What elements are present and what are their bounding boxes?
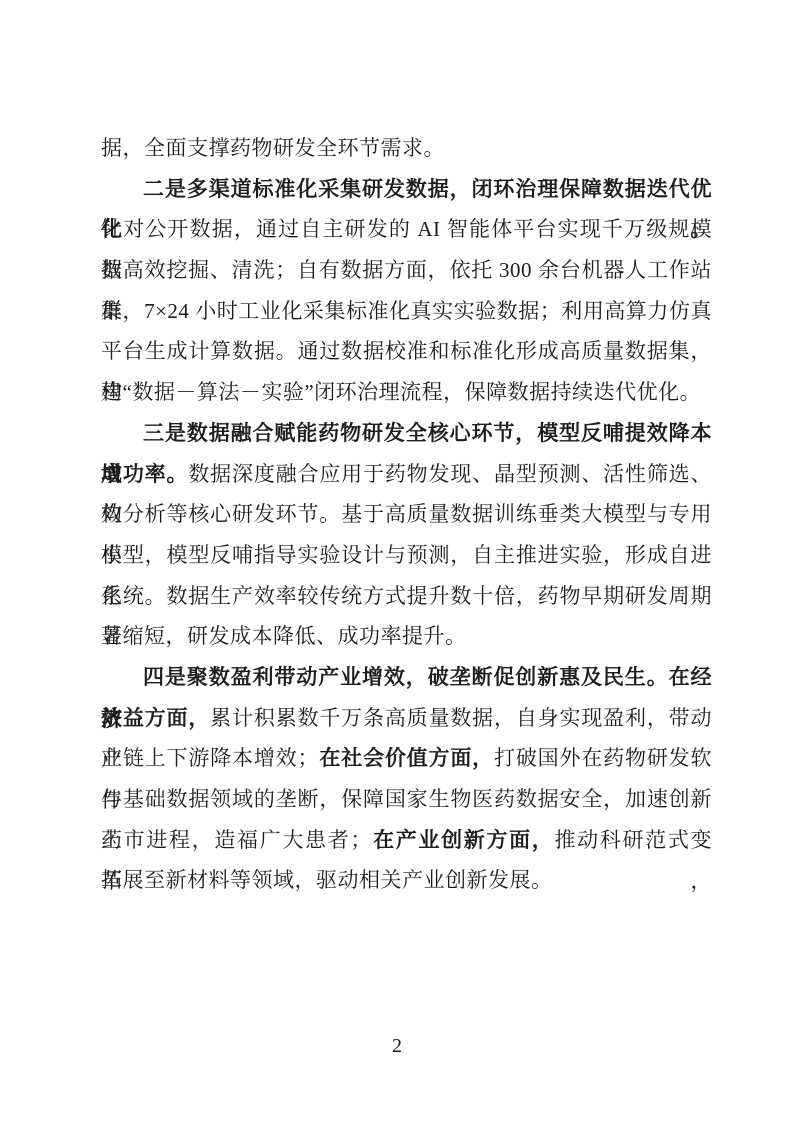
text-line: 二是多渠道标准化采集研发数据，闭环治理保障数据迭代优化。: [101, 169, 712, 210]
text-line: 针对公开数据，通过自主研发的 AI 智能体平台实现千万级规模数: [101, 209, 712, 250]
text-line: 建“数据－算法－实验”闭环治理流程，保障数据持续迭代优化。: [101, 372, 712, 413]
text-line: 据高效挖掘、清洗；自有数据方面，依托 300 余台机器人工作站集: [101, 250, 712, 291]
text-line: 群，7×24 小时工业化采集标准化真实实验数据；利用高算力仿真: [101, 291, 712, 332]
body-text: 群，7×24 小时工业化采集标准化真实实验数据；利用高算力仿真: [101, 299, 712, 323]
text-line: 上市进程，造福广大患者；在产业创新方面，推动科研范式变革，: [101, 820, 712, 861]
text-line: 模型，模型反哺指导实验设计与预测，自主推进实验，形成自进化: [101, 535, 712, 576]
text-line: 系统。数据生产效率较传统方式提升数十倍，药物早期研发周期显: [101, 576, 712, 617]
body-text: 据，全面支撑药物研发全环节需求。: [101, 136, 445, 160]
text-line: 业链上下游降本增效；在社会价值方面，打破国外在药物研发软件: [101, 738, 712, 779]
text-line: 平台生成计算数据。通过数据校准和标准化形成高质量数据集，构: [101, 331, 712, 372]
bold-hei-text: 效益方面，: [101, 707, 210, 730]
bold-hei-text: 在产业创新方面，: [372, 829, 555, 852]
text-line: 效分析等核心研发环节。基于高质量数据训练垂类大模型与专用小: [101, 494, 712, 535]
text-line: 效益方面，累计积累数千万条高质量数据，自身实现盈利，带动产: [101, 698, 712, 739]
text-line: 三是数据融合赋能药物研发全核心环节，模型反哺提效降本增: [101, 413, 712, 454]
body-text: 著缩短，研发成本降低、成功率提升。: [101, 624, 467, 648]
document-page: 据，全面支撑药物研发全环节需求。二是多渠道标准化采集研发数据，闭环治理保障数据迭…: [0, 0, 794, 1123]
body-text: 业链上下游降本增效；: [101, 746, 319, 770]
body-text: 建“数据－算法－实验”闭环治理流程，保障数据持续迭代优化。: [101, 380, 701, 404]
page-number: 2: [0, 1033, 794, 1059]
bold-hei-text: 在社会价值方面，: [319, 747, 494, 770]
body-text: 拓展至新材料等领域，驱动相关产业创新发展。: [101, 868, 553, 892]
bold-kai-text: 四是聚数盈利带动产业增效，破垄断促创新惠及民生。: [143, 665, 669, 689]
text-line: 四是聚数盈利带动产业增效，破垄断促创新惠及民生。在经济: [101, 657, 712, 698]
document-body: 据，全面支撑药物研发全环节需求。二是多渠道标准化采集研发数据，闭环治理保障数据迭…: [101, 128, 712, 901]
text-line: 据，全面支撑药物研发全环节需求。: [101, 128, 712, 169]
text-line: 与基础数据领域的垄断，保障国家生物医药数据安全，加速创新药: [101, 779, 712, 820]
body-text: 上市进程，造福广大患者；: [101, 828, 372, 852]
bold-kai-text: 成功率。: [101, 462, 188, 486]
text-line: 成功率。数据深度融合应用于药物发现、晶型预测、活性筛选、构: [101, 454, 712, 495]
text-line: 著缩短，研发成本降低、成功率提升。: [101, 616, 712, 657]
